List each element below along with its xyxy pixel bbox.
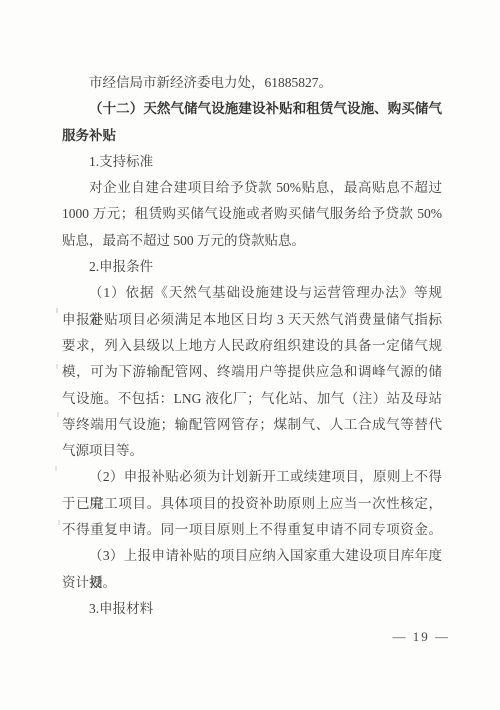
section-title-line: （十二）天然气储气设施建设补贴和租赁气设施、购买储气 <box>62 96 442 122</box>
text-line: 等终端用气设施；输配管网管存；煤制气、人工合成气等替代 <box>62 412 442 438</box>
text-line: 2.申报条件 <box>62 254 442 280</box>
text-line: 市经信局市新经济委电力处，61885827。 <box>62 70 442 96</box>
text-line: 1.支持标准 <box>62 149 442 175</box>
text-line: （1）依据《天然气基础设施建设与运营管理办法》等规定， <box>62 280 442 306</box>
document-page: 市经信局市新经济委电力处，61885827。（十二）天然气储气设施建设补贴和租赁… <box>0 0 500 710</box>
text-line: 气设施。不包括：LNG 液化厂；气化站、加气（注）站及母站 <box>62 386 442 412</box>
document-text: 市经信局市新经济委电力处，61885827。（十二）天然气储气设施建设补贴和租赁… <box>62 70 442 622</box>
section-title-line: 服务补贴 <box>62 123 442 149</box>
page-number: — 19 — <box>393 625 451 649</box>
text-line: 于已完工项目。具体项目的投资补助原则上应当一次性核定， <box>62 491 442 517</box>
text-line: 1000 万元；租赁购买储气设施或者购买储气服务给予贷款 50% <box>62 201 442 227</box>
scan-artifact <box>56 308 58 313</box>
text-line: 3.申报材料 <box>62 596 442 622</box>
text-line: （2）申报补贴必须为计划新开工或续建项目，原则上不得用 <box>62 464 442 490</box>
text-line: 气源项目等。 <box>62 438 442 464</box>
text-line: 模，可为下游输配管网、终端用户等提供应急和调峰气源的储 <box>62 359 442 385</box>
text-line: 申报补贴项目必须满足本地区日均 3 天天然气消费量储气指标 <box>62 307 442 333</box>
text-line: 对企业自建合建项目给予贷款 50%贴息，最高贴息不超过 <box>62 175 442 201</box>
text-line: 要求，列入县级以上地方人民政府组织建设的具备一定储气规 <box>62 333 442 359</box>
text-line: 不得重复申请。同一项目原则上不得重复申请不同专项资金。 <box>62 517 442 543</box>
text-line: 资计划。 <box>62 570 442 596</box>
text-line: 贴息，最高不超过 500 万元的贷款贴息。 <box>62 228 442 254</box>
text-line: （3）上报申请补贴的项目应纳入国家重大建设项目库年度投 <box>62 543 442 569</box>
